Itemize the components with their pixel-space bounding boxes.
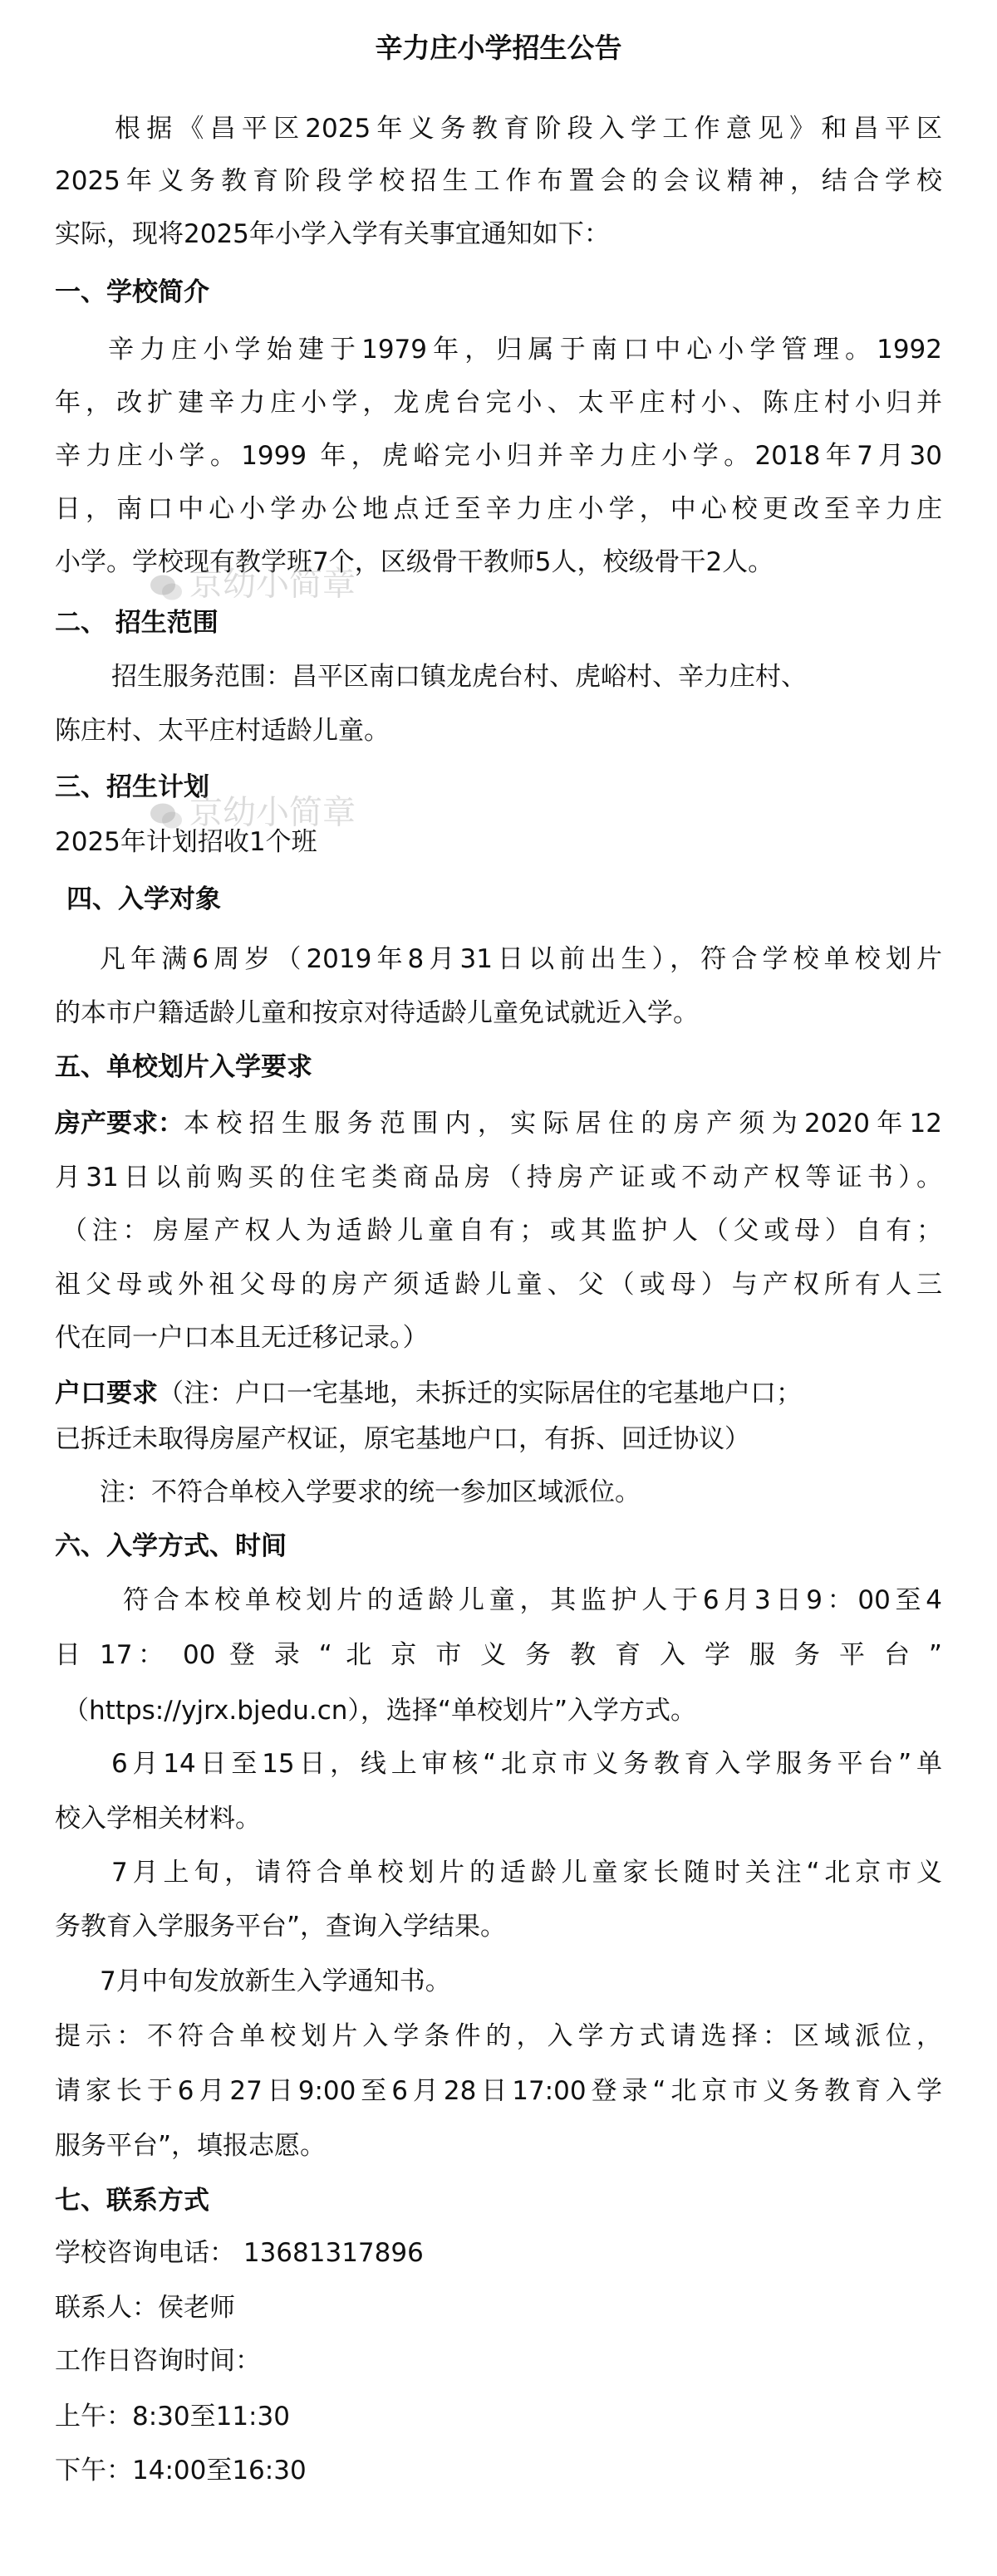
body-line: 7月上旬，请符合单校划片的适龄儿童家长随时关注“北京市义 (111, 1856, 942, 1889)
contact-phone: 学校咨询电话： 13681317896 (55, 2236, 424, 2270)
wechat-icon (150, 801, 183, 829)
body-line: 校入学相关材料。 (55, 1802, 261, 1835)
body-line: 2025年计划招收1个班 (55, 825, 317, 859)
tip-line: 请家长于6月27日9:00至6月28日17:00登录“北京市义务教育入学 (55, 2074, 942, 2108)
body-line: 招生服务范围：昌平区南口镇龙虎台村、虎峪村、辛力庄村、 (111, 660, 807, 693)
body-line: 祖父母或外祖父母的房产须适龄儿童、父（或母）与产权所有人三 (55, 1268, 942, 1301)
tip-line: 提示：不符合单校划片入学条件的，入学方式请选择：区域派位， (55, 2020, 942, 2053)
hukou-requirement-line: 户口要求 （注：户口一宅基地，未拆迁的实际居住的宅基地户口； (55, 1377, 942, 1410)
body-line: 日，南口中心小学办公地点迁至辛力庄小学，中心校更改至辛力庄 (55, 492, 942, 526)
body-line: 符合本校单校划片的适龄儿童，其监护人于6月3日9：00至4 (123, 1584, 942, 1617)
body-text: （注：户口一宅基地，未拆迁的实际居住的宅基地户口； (158, 1377, 802, 1410)
page-title: 辛力庄小学招生公告 (0, 32, 997, 65)
section-heading-enrollment-method: 六、入学方式、时间 (55, 1530, 287, 1563)
body-line: 年，改扩建辛力庄小学，龙虎台完小、太平庄村小、陈庄村小归并 (55, 386, 942, 419)
intro-line: 实际，现将2025年小学入学有关事宜通知如下： (55, 218, 610, 251)
body-line: 辛力庄小学始建于1979年，归属于南口中心小学管理。1992 (108, 333, 942, 366)
intro-line: 根据《昌平区2025年义务教育阶段入学工作意见》和昌平区 (115, 112, 942, 145)
watermark-text: 京幼小简章 (189, 566, 356, 604)
body-line: 6月14日至15日，线上审核“北京市义务教育入学服务平台”单 (111, 1747, 942, 1780)
body-line: 月31日以前购买的住宅类商品房（持房产证或不动产权等证书）。 (55, 1161, 942, 1194)
section-heading-school-intro: 一、学校简介 (55, 276, 209, 309)
body-line: 日 17： 00 登 录 “ 北 京 市 义 务 教 育 入 学 服 务 平 台… (55, 1638, 942, 1672)
body-line: （注：房屋产权人为适龄儿童自有；或其监护人（父或母）自有； (61, 1214, 942, 1247)
body-line: 的本市户籍适龄儿童和按京对待适龄儿童免试就近入学。 (55, 997, 699, 1030)
watermark: 京幼小简章 (150, 558, 356, 605)
intro-line: 2025年义务教育阶段学校招生工作布置会的会议精神，结合学校 (55, 164, 942, 198)
body-line: 注：不符合单校入学要求的统一参加区域派位。 (100, 1476, 641, 1509)
section-heading-contact: 七、联系方式 (55, 2184, 209, 2217)
section-heading-eligible-students: 四、入学对象 (66, 883, 221, 916)
tip-line: 服务平台”，填报志愿。 (55, 2129, 326, 2162)
section-heading-requirements: 五、单校划片入学要求 (55, 1050, 312, 1084)
body-line: 务教育入学服务平台”，查询入学结果。 (55, 1910, 506, 1943)
body-line: 陈庄村、太平庄村适龄儿童。 (55, 714, 390, 747)
contact-person: 联系人：侯老师 (55, 2291, 235, 2324)
wechat-icon (150, 572, 183, 600)
section-heading-enrollment-area: 二、 招生范围 (55, 606, 219, 639)
hukou-requirement-label: 户口要求 (55, 1377, 158, 1410)
body-line: 辛力庄小学。1999 年，虎峪完小归并辛力庄小学。2018年7月30 (55, 439, 942, 473)
platform-url-line: （https://yjrx.bjedu.cn），选择“单校划片”入学方式。 (63, 1694, 696, 1727)
body-text: 本校招生服务范围内，实际居住的房产须为2020年12 (184, 1107, 942, 1140)
property-requirement-line: 房产要求： 本校招生服务范围内，实际居住的房产须为2020年12 (55, 1107, 942, 1140)
consult-hours-afternoon: 下午：14:00至16:30 (55, 2454, 307, 2487)
body-line: 已拆迁未取得房屋产权证，原宅基地户口，有拆、回迁协议） (55, 1423, 750, 1456)
body-line: 7月中旬发放新生入学通知书。 (100, 1965, 451, 1998)
property-requirement-label: 房产要求： (55, 1107, 184, 1140)
body-line: 代在同一户口本且无迁移记录。） (55, 1321, 429, 1354)
body-line: 凡年满6周岁（2019年8月31日以前出生），符合学校单校划片 (100, 943, 942, 976)
consult-hours-label: 工作日咨询时间： (55, 2344, 261, 2378)
consult-hours-morning: 上午：8:30至11:30 (55, 2400, 290, 2433)
